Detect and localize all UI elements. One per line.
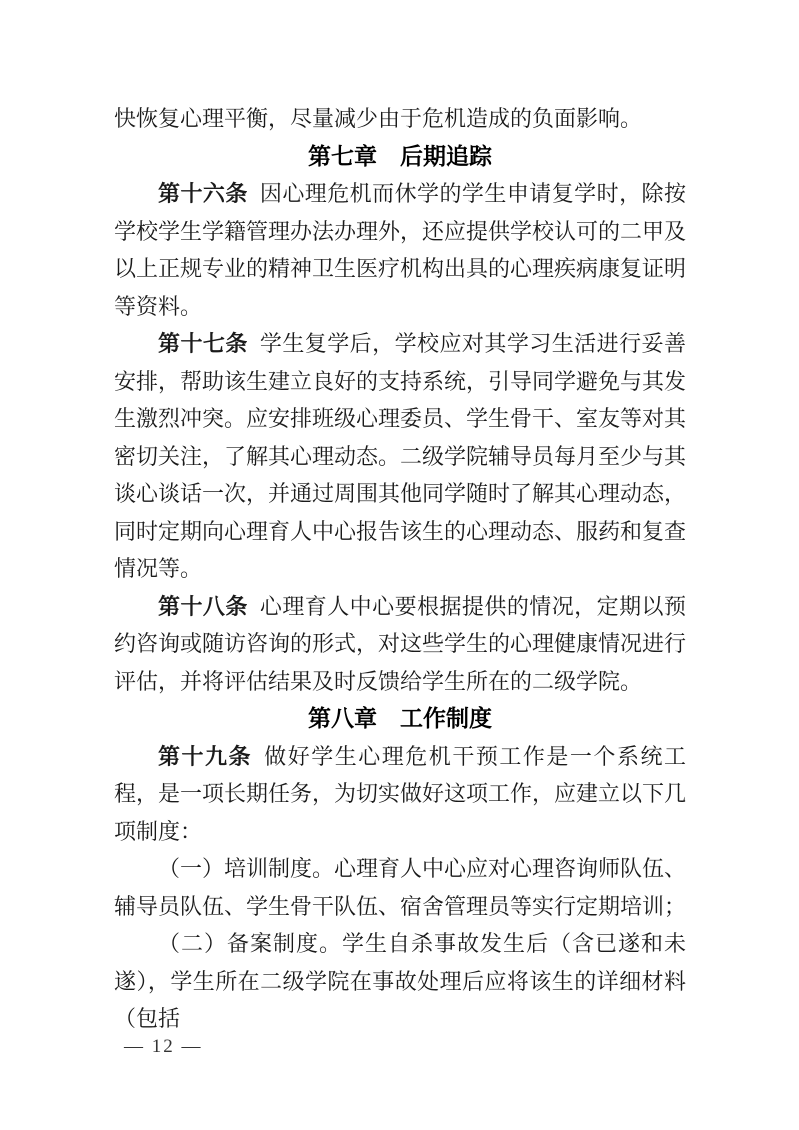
paragraph: 第十九条做好学生心理危机干预工作是一个系统工程，是一项长期任务，为切实做好这项工… (114, 738, 686, 851)
paragraph: 第十六条因心理危机而休学的学生申请复学时，除按学校学生学籍管理办法办理外，还应提… (114, 175, 686, 325)
paragraph-text: （二）备案制度。学生自杀事故发生后（含已遂和未遂），学生所在二级学院在事故处理后… (114, 931, 686, 1031)
document-page: 快恢复心理平衡，尽量减少由于危机造成的负面影响。 第七章 后期追踪 第十六条因心… (0, 0, 799, 1130)
paragraph-text: 学生复学后，学校应对其学习生活进行妥善安排，帮助该生建立良好的支持系统，引导同学… (114, 331, 686, 581)
paragraph: 第十八条心理育人中心要根据提供的情况，定期以预约咨询或随访咨询的形式，对这些学生… (114, 588, 686, 701)
chapter-heading-8: 第八章 工作制度 (114, 700, 686, 738)
article-number: 第十九条 (158, 744, 252, 769)
paragraph: 第十七条学生复学后，学校应对其学习生活进行妥善安排，帮助该生建立良好的支持系统，… (114, 325, 686, 588)
page-number: — 12 — (124, 1036, 203, 1058)
paragraph: （二）备案制度。学生自杀事故发生后（含已遂和未遂），学生所在二级学院在事故处理后… (114, 925, 686, 1038)
paragraph-text: （一）培训制度。心理育人中心应对心理咨询师队伍、辅导员队伍、学生骨干队伍、宿舍管… (114, 856, 686, 919)
paragraph-text: 快恢复心理平衡，尽量减少由于危机造成的负面影响。 (114, 106, 642, 131)
paragraph: （一）培训制度。心理育人中心应对心理咨询师队伍、辅导员队伍、学生骨干队伍、宿舍管… (114, 850, 686, 925)
article-number: 第十六条 (158, 181, 248, 206)
chapter-heading-7: 第七章 后期追踪 (114, 138, 686, 176)
article-number: 第十七条 (158, 331, 248, 356)
article-number: 第十八条 (158, 594, 248, 619)
paragraph: 快恢复心理平衡，尽量减少由于危机造成的负面影响。 (114, 100, 686, 138)
document-body: 快恢复心理平衡，尽量减少由于危机造成的负面影响。 第七章 后期追踪 第十六条因心… (114, 100, 686, 1038)
